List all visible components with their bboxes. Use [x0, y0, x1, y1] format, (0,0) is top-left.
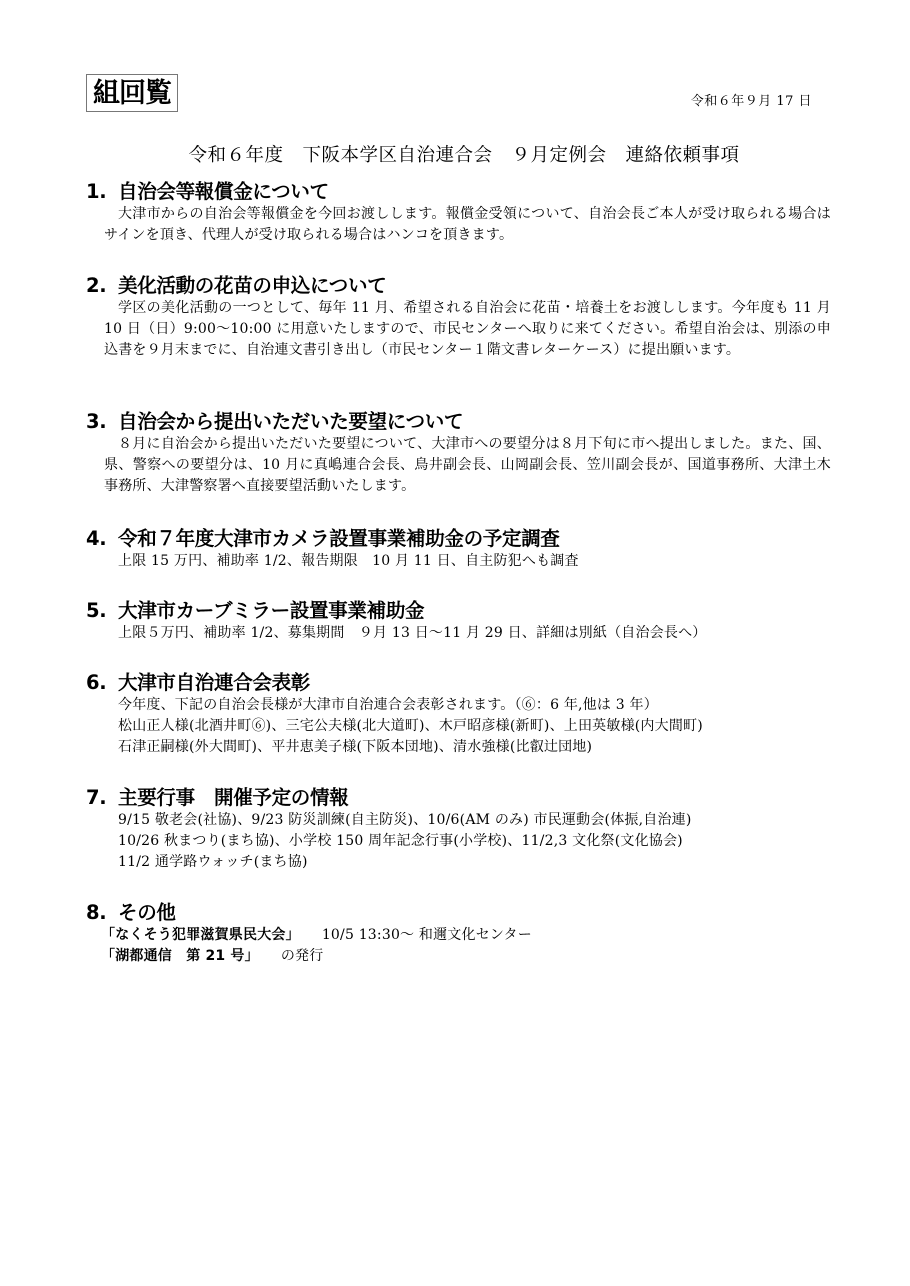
section-body: 学区の美化活動の一つとして、毎年 11 月、希望される自治会に花苗・培養土をお渡… [86, 298, 831, 361]
section-5: 5. 大津市カーブミラー設置事業補助金 上限５万円、補助率 1/2、募集期間 ９… [86, 599, 831, 644]
section-body: ８月に自治会から提出いただいた要望について、大津市への要望分は８月下旬に市へ提出… [86, 434, 831, 497]
section-number: 4. [86, 527, 118, 551]
section-title: その他 [118, 901, 176, 925]
section-3: 3. 自治会から提出いただいた要望について ８月に自治会から提出いただいた要望に… [86, 410, 831, 497]
section-title: 美化活動の花苗の申込について [118, 274, 386, 298]
section-number: 6. [86, 671, 118, 695]
section-line: 上限 15 万円、補助率 1/2、報告期限 10 月 11 日、自主防犯へも調査 [86, 551, 831, 572]
section-heading: 5. 大津市カーブミラー設置事業補助金 [86, 599, 831, 623]
section-heading: 7. 主要行事 開催予定の情報 [86, 786, 831, 810]
section-title: 大津市カーブミラー設置事業補助金 [118, 599, 424, 623]
section-number: 3. [86, 410, 118, 434]
section-line: 上限５万円、補助率 1/2、募集期間 ９月 13 日～11 月 29 日、詳細は… [86, 623, 831, 644]
other-item: 「なくそう犯罪滋賀県民大会」10/5 13:30～ 和邇文化センター [86, 925, 831, 946]
section-4: 4. 令和７年度大津市カメラ設置事業補助金の予定調査 上限 15 万円、補助率 … [86, 527, 831, 572]
section-6: 6. 大津市自治連合会表彰 今年度、下記の自治会長様が大津市自治連合会表彰されま… [86, 671, 831, 758]
section-heading: 8. その他 [86, 901, 831, 925]
section-2: 2. 美化活動の花苗の申込について 学区の美化活動の一つとして、毎年 11 月、… [86, 274, 831, 361]
section-number: 5. [86, 599, 118, 623]
other-item-title: 「なくそう犯罪滋賀県民大会」 [101, 927, 300, 943]
section-heading: 1. 自治会等報償金について [86, 180, 831, 204]
circulation-label: 組回覧 [93, 80, 171, 107]
section-line: 松山正人様(北酒井町⑥)、三宅公夫様(北大道町)、木戸昭彦様(新町)、上田英敏様… [86, 716, 831, 737]
document-page: 組回覧 令和６年９月 17 日 令和６年度 下阪本学区自治連合会 ９月定例会 連… [0, 0, 910, 1286]
section-line: 今年度、下記の自治会長様が大津市自治連合会表彰されます。（⑥：6 年,他は 3 … [86, 695, 831, 716]
section-heading: 6. 大津市自治連合会表彰 [86, 671, 831, 695]
section-number: 1. [86, 180, 118, 204]
section-line: 9/15 敬老会(社協)、9/23 防災訓練(自主防災)、10/6(AM のみ)… [86, 810, 831, 831]
section-title: 自治会から提出いただいた要望について [118, 410, 463, 434]
section-title: 大津市自治連合会表彰 [118, 671, 310, 695]
other-item-detail: 10/5 13:30～ 和邇文化センター [322, 927, 532, 943]
section-number: 2. [86, 274, 118, 298]
section-line: 石津正嗣様(外大間町)、平井恵美子様(下阪本団地)、清水強様(比叡辻団地) [86, 737, 831, 758]
section-title: 自治会等報償金について [118, 180, 329, 204]
section-heading: 3. 自治会から提出いただいた要望について [86, 410, 831, 434]
section-8: 8. その他 「なくそう犯罪滋賀県民大会」10/5 13:30～ 和邇文化センタ… [86, 901, 831, 967]
section-number: 8. [86, 901, 118, 925]
other-item: 「湖都通信 第 21 号」の発行 [86, 946, 831, 967]
section-line: 11/2 通学路ウォッチ(まち協) [86, 852, 831, 873]
other-item-detail: の発行 [281, 948, 324, 964]
document-date: 令和６年９月 17 日 [691, 90, 812, 109]
other-item-title: 「湖都通信 第 21 号」 [101, 948, 259, 964]
section-heading: 4. 令和７年度大津市カメラ設置事業補助金の予定調査 [86, 527, 831, 551]
section-number: 7. [86, 786, 118, 810]
circulation-label-box: 組回覧 [86, 74, 178, 112]
section-title: 令和７年度大津市カメラ設置事業補助金の予定調査 [118, 527, 560, 551]
section-7: 7. 主要行事 開催予定の情報 9/15 敬老会(社協)、9/23 防災訓練(自… [86, 786, 831, 873]
section-heading: 2. 美化活動の花苗の申込について [86, 274, 831, 298]
section-title: 主要行事 開催予定の情報 [118, 786, 348, 810]
section-1: 1. 自治会等報償金について 大津市からの自治会等報償金を今回お渡しします。報償… [86, 180, 831, 246]
section-body: 大津市からの自治会等報償金を今回お渡しします。報償金受領について、自治会長ご本人… [86, 204, 831, 246]
section-line: 10/26 秋まつり(まち協)、小学校 150 周年記念行事(小学校)、11/2… [86, 831, 831, 852]
document-title: 令和６年度 下阪本学区自治連合会 ９月定例会 連絡依頼事項 [0, 141, 910, 167]
